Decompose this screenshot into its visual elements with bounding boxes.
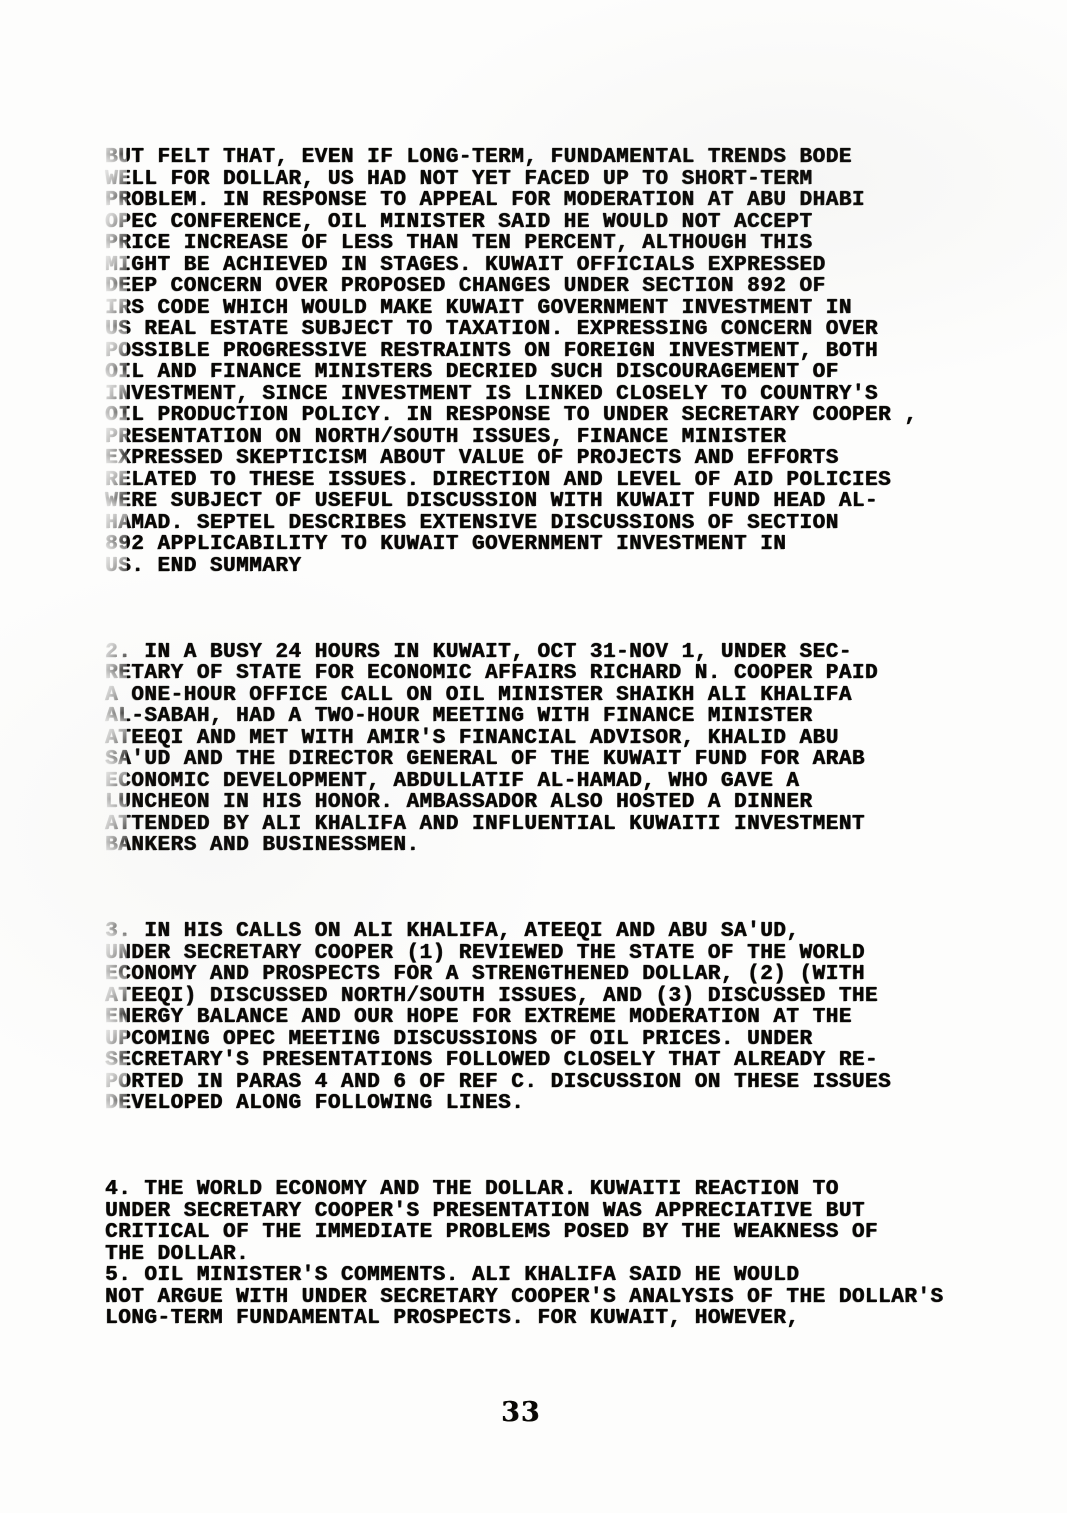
scanned-page: BUT FELT THAT, EVEN IF LONG-TERM, FUNDAM…	[0, 0, 1067, 1513]
paragraph-2: 2. IN A BUSY 24 HOURS IN KUWAIT, OCT 31-…	[105, 642, 985, 857]
paragraph-4-5: 4. THE WORLD ECONOMY AND THE DOLLAR. KUW…	[105, 1179, 985, 1330]
document-text: BUT FELT THAT, EVEN IF LONG-TERM, FUNDAM…	[105, 104, 985, 1394]
paragraph-summary-continuation: BUT FELT THAT, EVEN IF LONG-TERM, FUNDAM…	[105, 147, 985, 577]
paragraph-3: 3. IN HIS CALLS ON ALI KHALIFA, ATEEQI A…	[105, 921, 985, 1115]
page-number: 33	[501, 1397, 541, 1428]
